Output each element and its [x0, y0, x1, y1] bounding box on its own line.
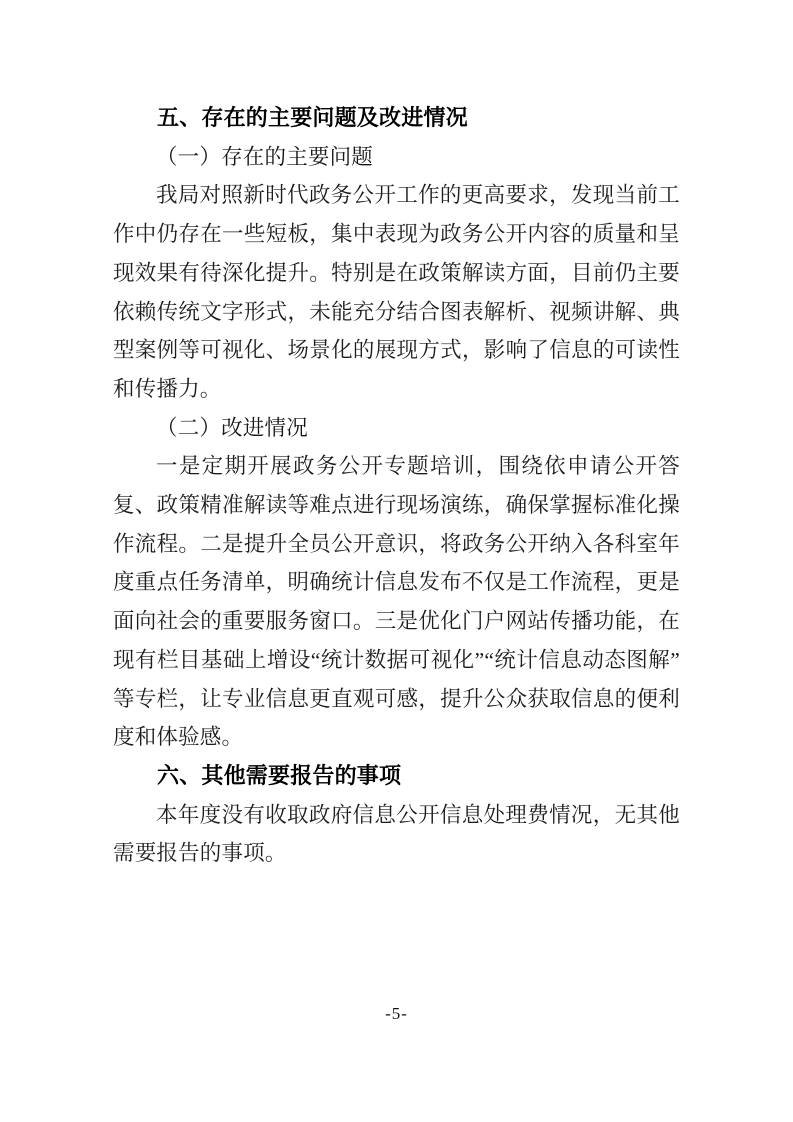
section-heading-problems-improvements: 五、存在的主要问题及改进情况 [113, 99, 680, 138]
document-body: 五、存在的主要问题及改进情况 （一）存在的主要问题 我局对照新时代政务公开工作的… [113, 99, 680, 873]
subsection-heading-improvements: （二）改进情况 [113, 409, 680, 448]
paragraph-other-matters: 本年度没有收取政府信息公开信息处理费情况，无其他需要报告的事项。 [113, 796, 680, 873]
page-number: -5- [0, 1004, 793, 1024]
paragraph-main-problems: 我局对照新时代政务公开工作的更高要求，发现当前工作中仍存在一些短板，集中表现为政… [113, 176, 680, 408]
subsection-heading-main-problems: （一）存在的主要问题 [113, 138, 680, 177]
document-page: 五、存在的主要问题及改进情况 （一）存在的主要问题 我局对照新时代政务公开工作的… [0, 0, 793, 1122]
paragraph-improvements: 一是定期开展政务公开专题培训，围绕依申请公开答复、政策精准解读等难点进行现场演练… [113, 447, 680, 757]
section-heading-other-matters: 六、其他需要报告的事项 [113, 757, 680, 796]
